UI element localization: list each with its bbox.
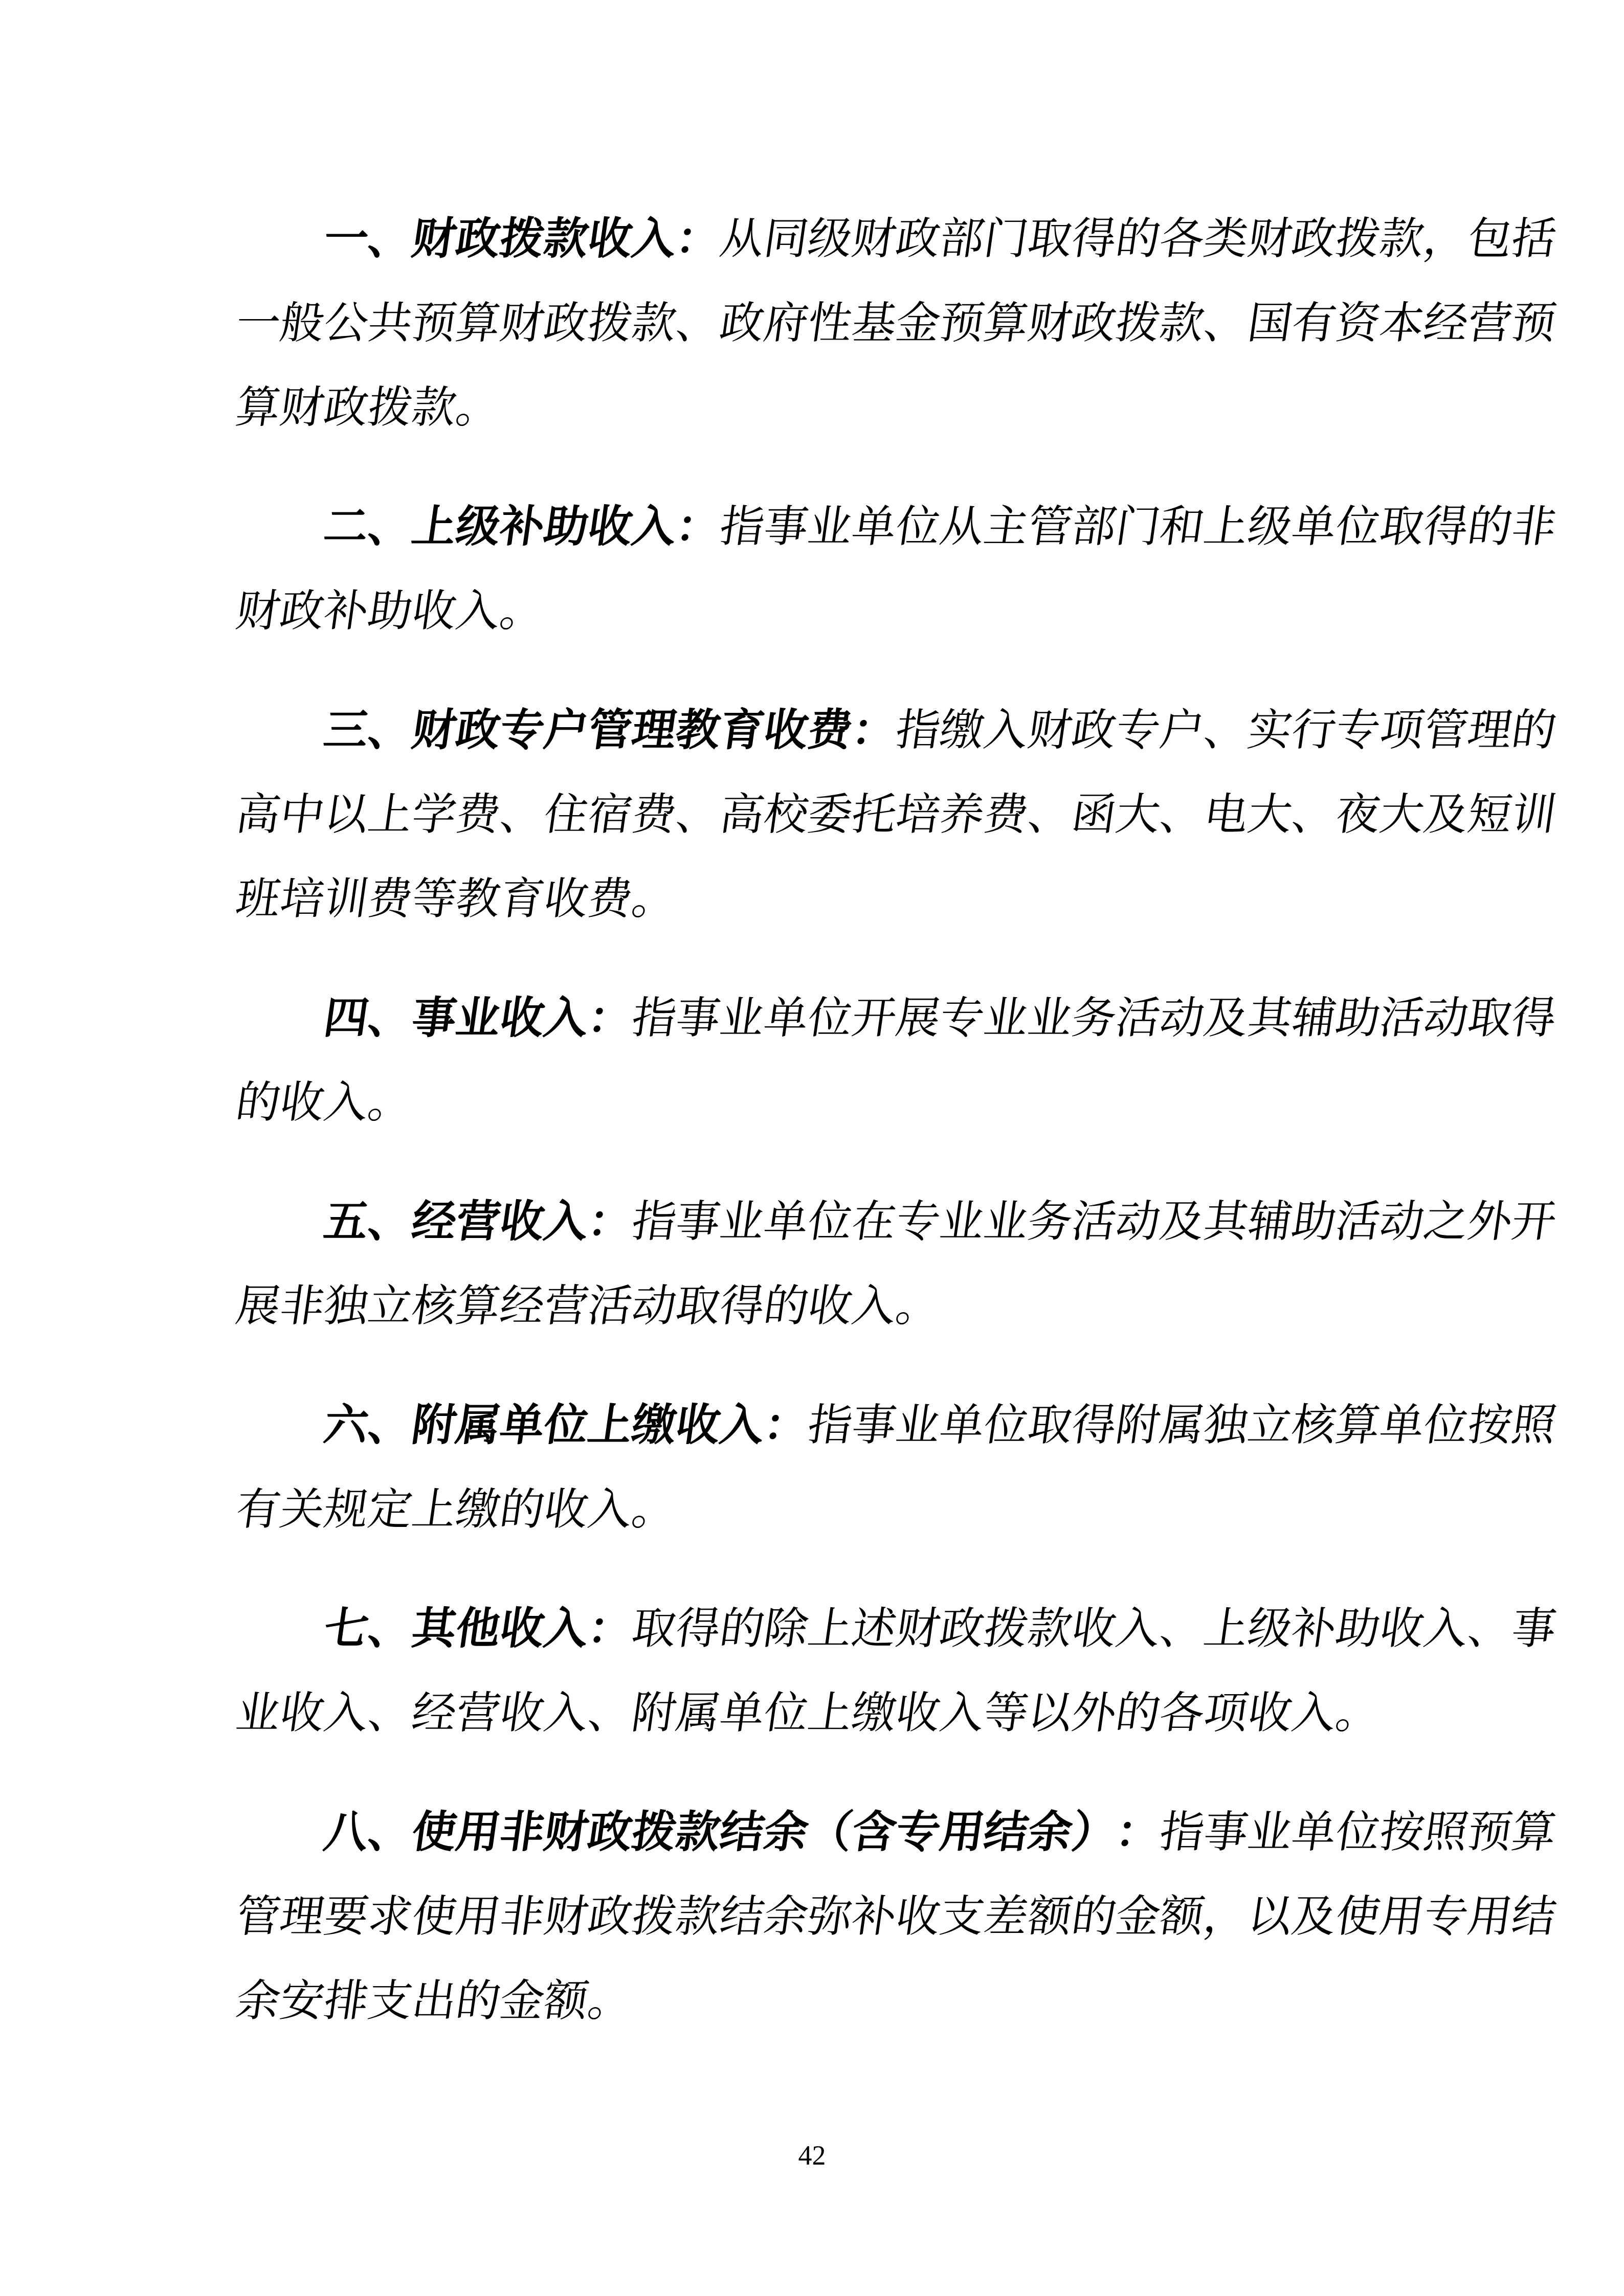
- document-body: 一、财政拨款收入：从同级财政部门取得的各类财政拨款，包括一般公共预算财政拨款、政…: [148, 197, 1473, 2078]
- paragraph-lead: 三、财政专户管理教育收费：: [236, 706, 808, 755]
- paragraph-5: 五、经营收入：指事业单位在专业业务活动及其辅助活动之外开展非独立核算经营活动取得…: [148, 1180, 1473, 1348]
- paragraph-6: 六、附属单位上缴收入：指事业单位取得附属独立核算单位按照有关规定上缴的收入。: [148, 1383, 1473, 1552]
- paragraph-3: 三、财政专户管理教育收费：指缴入财政专户、实行专项管理的高中以上学费、住宿费、高…: [148, 688, 1473, 941]
- page-number: 42: [0, 2140, 1624, 2171]
- paragraph-4: 四、事业收入：指事业单位开展专业业务活动及其辅助活动取得的收入。: [148, 976, 1473, 1145]
- paragraph-lead: 五、经营收入：: [236, 1197, 544, 1246]
- paragraph-1: 一、财政拨款收入：从同级财政部门取得的各类财政拨款，包括一般公共预算财政拨款、政…: [148, 197, 1473, 450]
- paragraph-lead: 二、上级补助收入：: [236, 502, 632, 551]
- paragraph-lead: 六、附属单位上缴收入：: [236, 1401, 720, 1450]
- paragraph-lead: 一、财政拨款收入：: [236, 214, 632, 263]
- paragraph-7: 七、其他收入：取得的除上述财政拨款收入、上级补助收入、事业收入、经营收入、附属单…: [148, 1587, 1473, 1755]
- paragraph-lead: 四、事业收入：: [236, 994, 544, 1043]
- paragraph-lead: 八、使用非财政拨款结余（含专用结余）：: [236, 1808, 1072, 1857]
- document-page: 一、财政拨款收入：从同级财政部门取得的各类财政拨款，包括一般公共预算财政拨款、政…: [0, 0, 1624, 2296]
- paragraph-lead: 七、其他收入：: [236, 1604, 544, 1653]
- paragraph-2: 二、上级补助收入：指事业单位从主管部门和上级单位取得的非财政补助收入。: [148, 485, 1473, 654]
- paragraph-8: 八、使用非财政拨款结余（含专用结余）：指事业单位按照预算管理要求使用非财政拨款结…: [148, 1790, 1473, 2043]
